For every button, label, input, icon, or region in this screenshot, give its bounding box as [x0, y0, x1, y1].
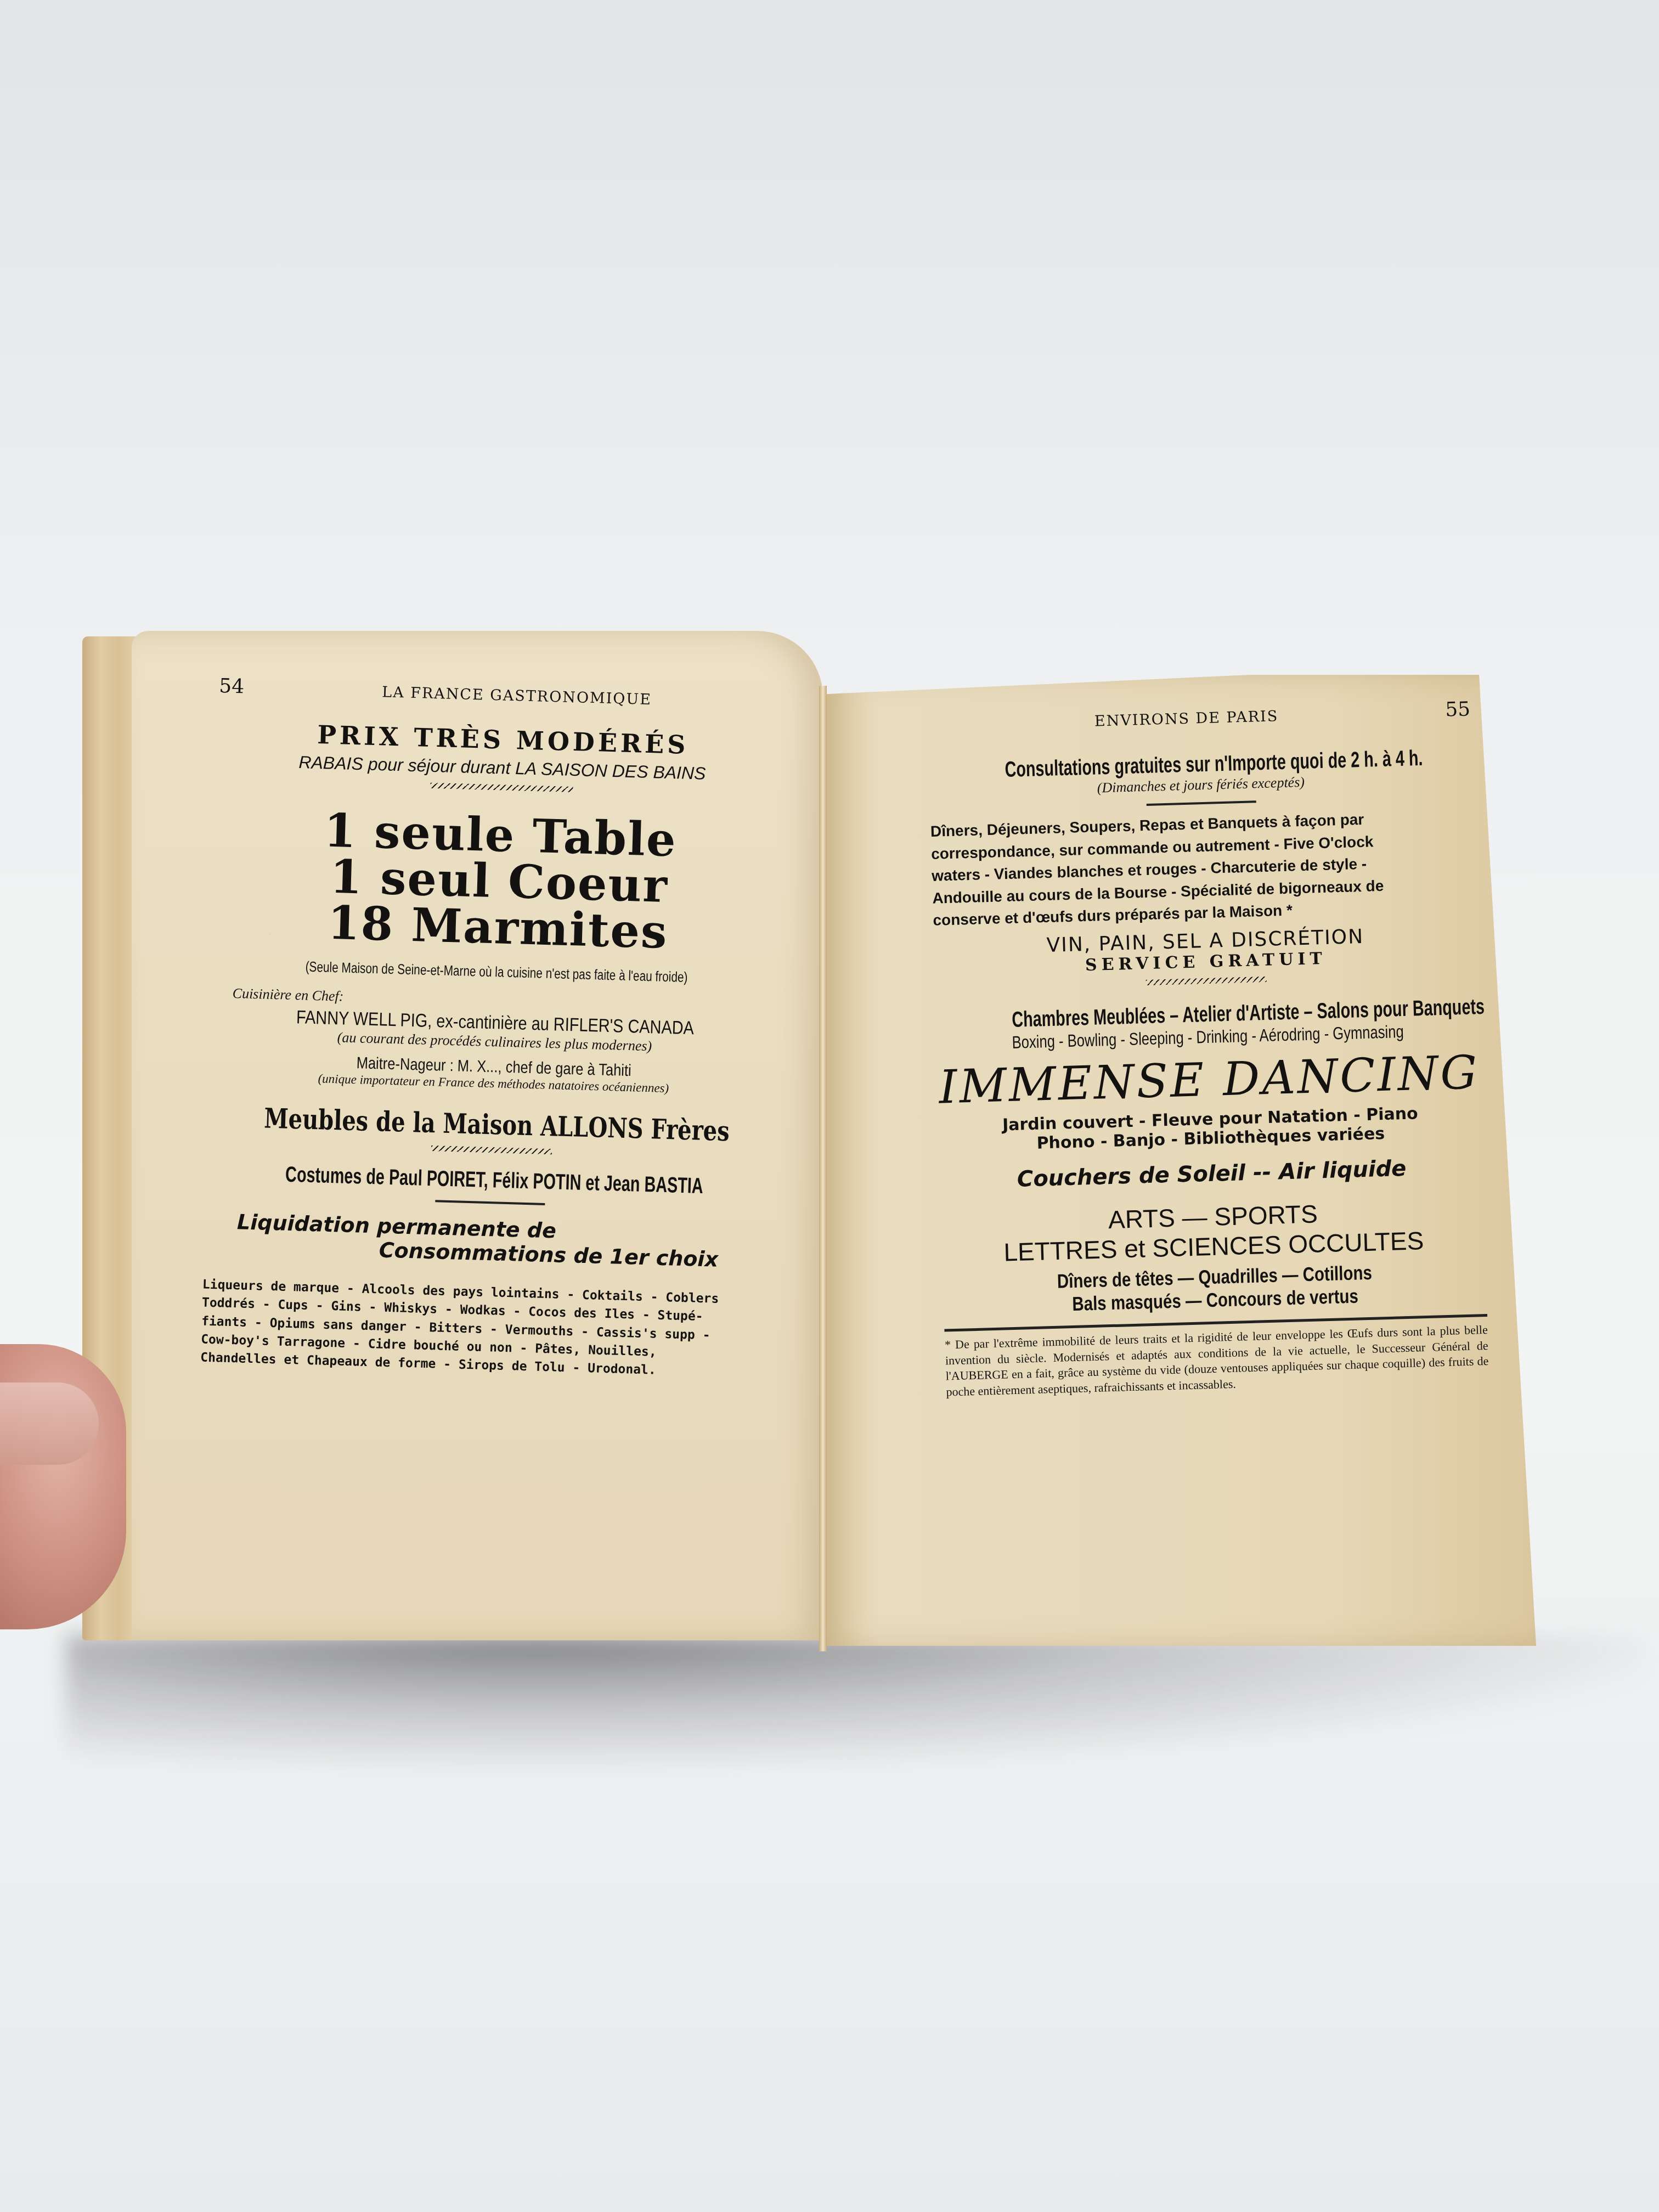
book-shadow	[66, 1635, 1646, 1767]
wavy-rule	[431, 1145, 552, 1154]
thumbnail	[0, 1383, 99, 1465]
left-page-content: 54 LA FRANCE GASTRONOMIQUE PRIX TRÈS MOD…	[200, 675, 790, 1383]
headline-block: 1 seule Table 1 seul Coeur 18 Marmites	[212, 804, 786, 958]
costumes-line: Costumes de Paul POIRET, Félix POTIN et …	[285, 1163, 697, 1199]
page-number-55: 55	[1445, 698, 1471, 721]
book-spine	[819, 686, 827, 1651]
right-page-content: ENVIRONS DE PARIS 55 Consultations gratu…	[927, 698, 1489, 1400]
straight-rule	[1147, 800, 1256, 806]
meals-paragraph: Dîners, Déjeuners, Soupers, Repas et Ban…	[930, 805, 1476, 932]
sunsets-line: Couchers de Soleil -- Air liquide	[940, 1154, 1483, 1194]
page-number-54: 54	[219, 675, 245, 698]
straight-rule	[435, 1200, 545, 1205]
headline-note: (Seule Maison de Seine-et-Marne où la cu…	[268, 957, 725, 987]
drinks-list: Liqueurs de marque - Alcools des pays lo…	[200, 1276, 773, 1384]
furniture-line: Meubles de la Maison ALLONS Frères	[264, 1102, 721, 1147]
wavy-rule	[430, 783, 573, 792]
immense-dancing: IMMENSE DANCING	[937, 1045, 1481, 1114]
wavy-rule	[1146, 977, 1267, 985]
